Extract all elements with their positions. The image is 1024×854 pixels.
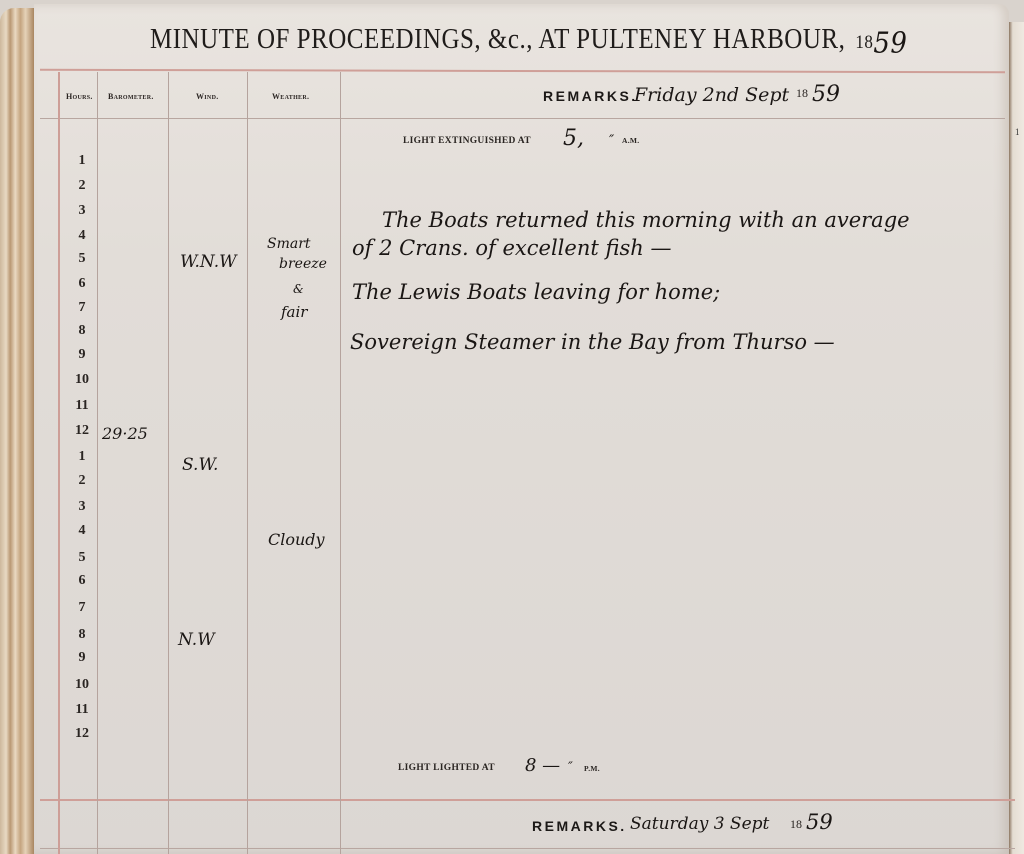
hour-row: 9 xyxy=(62,650,102,666)
light-extinguished-label: LIGHT EXTINGUISHED AT xyxy=(403,136,531,146)
rule-day-divider xyxy=(40,799,1015,801)
hour-row: 11 xyxy=(62,398,102,414)
remarks-year-printed: 18 xyxy=(796,86,808,101)
rule-barometer-col xyxy=(168,72,169,854)
remarks-line-4: Sovereign Steamer in the Bay from Thurso… xyxy=(350,330,835,354)
light-extinguished-time: 5, xyxy=(563,126,584,151)
column-header-weather: Weather. xyxy=(272,92,309,101)
hour-row: 8 xyxy=(62,323,102,339)
rule-wind-col xyxy=(247,72,248,854)
rule-weather-col xyxy=(340,72,341,854)
light-extinguished-am: A.M. xyxy=(622,136,639,145)
weather-reading: Smart xyxy=(267,236,311,252)
weather-reading: fair xyxy=(281,303,307,321)
wind-reading: S.W. xyxy=(182,455,218,475)
facing-page-edge: 1 xyxy=(1009,22,1024,854)
hour-row: 5 xyxy=(62,550,102,566)
hour-row: 12 xyxy=(62,423,102,439)
hour-row: 1 xyxy=(62,153,102,169)
next-remarks-date: Saturday 3 Sept xyxy=(630,814,769,834)
column-header-hours: Hours. xyxy=(66,92,93,101)
hour-row: 4 xyxy=(62,523,102,539)
hour-row: 2 xyxy=(62,473,102,489)
weather-reading: breeze xyxy=(279,256,327,272)
light-lighted-time: 8 — xyxy=(525,755,560,776)
wind-reading: W.N.W xyxy=(180,252,237,272)
ledger-page xyxy=(34,4,1009,854)
rule-header-bottom xyxy=(40,118,1005,119)
next-remarks-year-handwritten: 59 xyxy=(806,810,833,834)
hour-row: 7 xyxy=(62,300,102,316)
rule-margin xyxy=(58,72,60,854)
hour-row: 3 xyxy=(62,203,102,219)
remarks-date: Friday 2nd Sept xyxy=(634,84,789,106)
remarks-year-handwritten: 59 xyxy=(812,82,840,107)
remarks-line-2: of 2 Crans. of excellent fish — xyxy=(352,236,671,260)
light-extinguished-ditto: ″ xyxy=(609,133,614,149)
title-year-printed: 18 xyxy=(855,31,873,52)
page-title: MINUTE OF PROCEEDINGS, &c., AT PULTENEY … xyxy=(150,22,1000,56)
hour-row: 12 xyxy=(62,726,102,742)
hour-row: 6 xyxy=(62,573,102,589)
hour-row: 11 xyxy=(62,702,102,718)
hour-row: 2 xyxy=(62,178,102,194)
weather-reading: & xyxy=(293,282,304,296)
next-remarks-label: REMARKS. xyxy=(532,818,627,834)
remarks-line-1: The Boats returned this morning with an … xyxy=(382,208,910,232)
remarks-label: REMARKS. xyxy=(543,88,638,104)
book-page-edges xyxy=(0,8,34,854)
light-lighted-ditto: ″ xyxy=(568,760,573,775)
hour-row: 10 xyxy=(62,372,102,388)
rule-bottom xyxy=(40,848,1015,849)
column-header-wind: Wind. xyxy=(196,92,219,101)
barometer-reading: 29·25 xyxy=(102,424,148,443)
title-text: MINUTE OF PROCEEDINGS, &c., AT PULTENEY … xyxy=(150,24,845,54)
wind-reading: N.W xyxy=(178,630,215,650)
hour-row: 1 xyxy=(62,449,102,465)
title-year-handwritten: 59 xyxy=(873,27,907,61)
hour-row: 6 xyxy=(62,276,102,292)
hour-row: 7 xyxy=(62,600,102,616)
hour-row: 8 xyxy=(62,627,102,643)
hour-row: 4 xyxy=(62,228,102,244)
column-header-barometer: Barometer. xyxy=(108,92,154,101)
hour-row: 9 xyxy=(62,347,102,363)
weather-reading: Cloudy xyxy=(268,530,325,549)
hour-row: 3 xyxy=(62,499,102,515)
light-lighted-pm: P.M. xyxy=(584,764,600,773)
hour-row: 10 xyxy=(62,677,102,693)
remarks-line-3: The Lewis Boats leaving for home; xyxy=(352,280,720,304)
light-lighted-label: LIGHT LIGHTED AT xyxy=(398,763,495,773)
hour-row: 5 xyxy=(62,251,102,267)
next-remarks-year-printed: 18 xyxy=(790,817,802,832)
